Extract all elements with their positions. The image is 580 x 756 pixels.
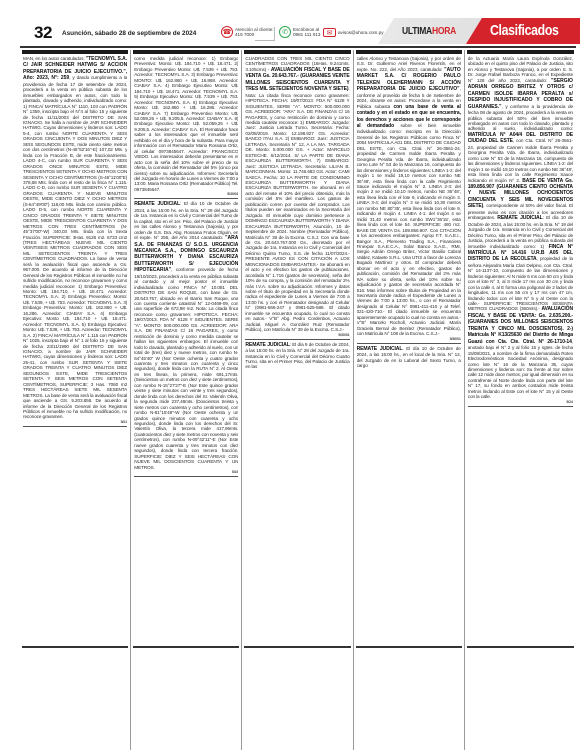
notice-body: : El día 10 de Octubre de 2024, a las 15… bbox=[134, 201, 238, 240]
notice-separator bbox=[134, 476, 238, 477]
notice-body: , propiedad de la señora Alejandra María… bbox=[468, 256, 573, 311]
notice-body: MAN, en los autos caratulados: bbox=[23, 56, 86, 61]
mail-icon: ✉ bbox=[323, 28, 336, 37]
classifieds-columns: MAN, en los autos caratulados: "TECNOMYL… bbox=[20, 50, 576, 750]
column-bottom-rule bbox=[356, 646, 462, 648]
contact-value: 415 7000 bbox=[235, 32, 254, 37]
contact-email-value[interactable]: avisos@uhora.com.py bbox=[338, 30, 384, 35]
column-top-rule bbox=[22, 50, 128, 54]
notice-body: , y dando cumplimiento a la providencia … bbox=[23, 75, 127, 419]
notice-body: como medida judicial reconoce: 1) Embarg… bbox=[134, 56, 238, 192]
column-1: MAN, en los autos caratulados: "TECNOMYL… bbox=[20, 50, 131, 750]
notice-text: MAN, en los autos caratulados: "TECNOMYL… bbox=[23, 56, 127, 427]
notice-body: sobre el bien inmueble individualizado c… bbox=[357, 123, 461, 336]
notice-separator bbox=[468, 406, 573, 407]
column-5: de la Actuaria María Laura Espínola Gonz… bbox=[465, 50, 576, 750]
contact-whatsapp: ✆ Escribinos al 0981 111 013 bbox=[279, 26, 320, 38]
brand-logo: ULTIMAHORA bbox=[402, 26, 456, 37]
contact-value: 0981 111 013 bbox=[293, 32, 320, 37]
notice-text: de la Actuaria María Laura Espínola Gonz… bbox=[468, 56, 573, 407]
notice-body: , anotado bajo el N° 2 y al folio 15 y s… bbox=[468, 339, 573, 400]
contact-email[interactable]: ✉ avisos@uhora.com.py bbox=[323, 28, 384, 37]
column-bottom-rule bbox=[244, 646, 350, 648]
divider-box bbox=[255, 27, 275, 41]
page-header: 32 Asunción, sábado 28 de septiembre de … bbox=[0, 0, 580, 44]
column-top-rule bbox=[467, 50, 574, 54]
column-bottom-rule bbox=[22, 646, 128, 648]
notice-signature: 5/30/01 bbox=[357, 337, 461, 341]
column-top-rule bbox=[244, 50, 350, 54]
notice-separator bbox=[357, 343, 461, 344]
notice-heading: REMATE JUDICIAL bbox=[357, 346, 403, 352]
notice-text: calles Alonso y Testanova (Sajonia), y p… bbox=[357, 56, 461, 368]
column-4: calles Alonso y Testanova (Sajonia), y p… bbox=[354, 50, 465, 750]
section-title: Clasificados bbox=[490, 22, 559, 39]
header-rule bbox=[20, 46, 576, 48]
notice-body: , con Cta. Ctral. N° 26-3561-24, propied… bbox=[468, 138, 573, 182]
phone-icon: ☎ bbox=[221, 26, 233, 38]
notice-body: , conforme proveído de fecha 19/10/2023,… bbox=[134, 267, 238, 469]
notice-highlight: AVALUACIÓN FISCAL Y BASE DE VENTA: Gs. 2… bbox=[468, 306, 573, 344]
notice-separator bbox=[134, 198, 238, 199]
notice-signature: 5/30/01 bbox=[245, 333, 349, 337]
column-top-rule bbox=[356, 50, 462, 54]
notice-heading: REMATE JUDICIAL bbox=[497, 215, 542, 221]
notice-signature: 5/24 bbox=[134, 470, 238, 474]
notice-body: . Nota: La citada finca reconoce como gr… bbox=[245, 86, 349, 332]
brand-logo-part1: ULTIMA bbox=[402, 26, 432, 37]
column-bottom-rule bbox=[133, 646, 239, 648]
notice-separator bbox=[245, 339, 349, 340]
brand-logo-part2: HORA bbox=[432, 26, 456, 37]
notice-signature: 5/24 bbox=[468, 400, 573, 404]
notice-signature: 5/21 bbox=[23, 420, 127, 424]
notice-separator bbox=[23, 426, 127, 427]
page-date: Asunción, sábado 28 de septiembre de 202… bbox=[62, 30, 196, 37]
notice-heading: REMATE JUDICIAL bbox=[134, 201, 180, 207]
column-top-rule bbox=[133, 50, 239, 54]
notice-text: como medida judicial reconoce: 1) Embarg… bbox=[134, 56, 238, 477]
column-2: como medida judicial reconoce: 1) Embarg… bbox=[131, 50, 242, 750]
column-3: CUADRADOS CON TRES MIL CIENTO CINCO CENT… bbox=[242, 50, 353, 750]
notice-text: CUADRADOS CON TRES MIL CIENTO CINCO CENT… bbox=[245, 56, 349, 370]
column-bottom-rule bbox=[467, 646, 574, 648]
page-number: 32 bbox=[34, 23, 52, 43]
notice-heading: REMATE JUDICIAL bbox=[245, 342, 289, 348]
whatsapp-icon: ✆ bbox=[279, 26, 291, 38]
notice-signature: 5/30/01 bbox=[134, 192, 238, 196]
